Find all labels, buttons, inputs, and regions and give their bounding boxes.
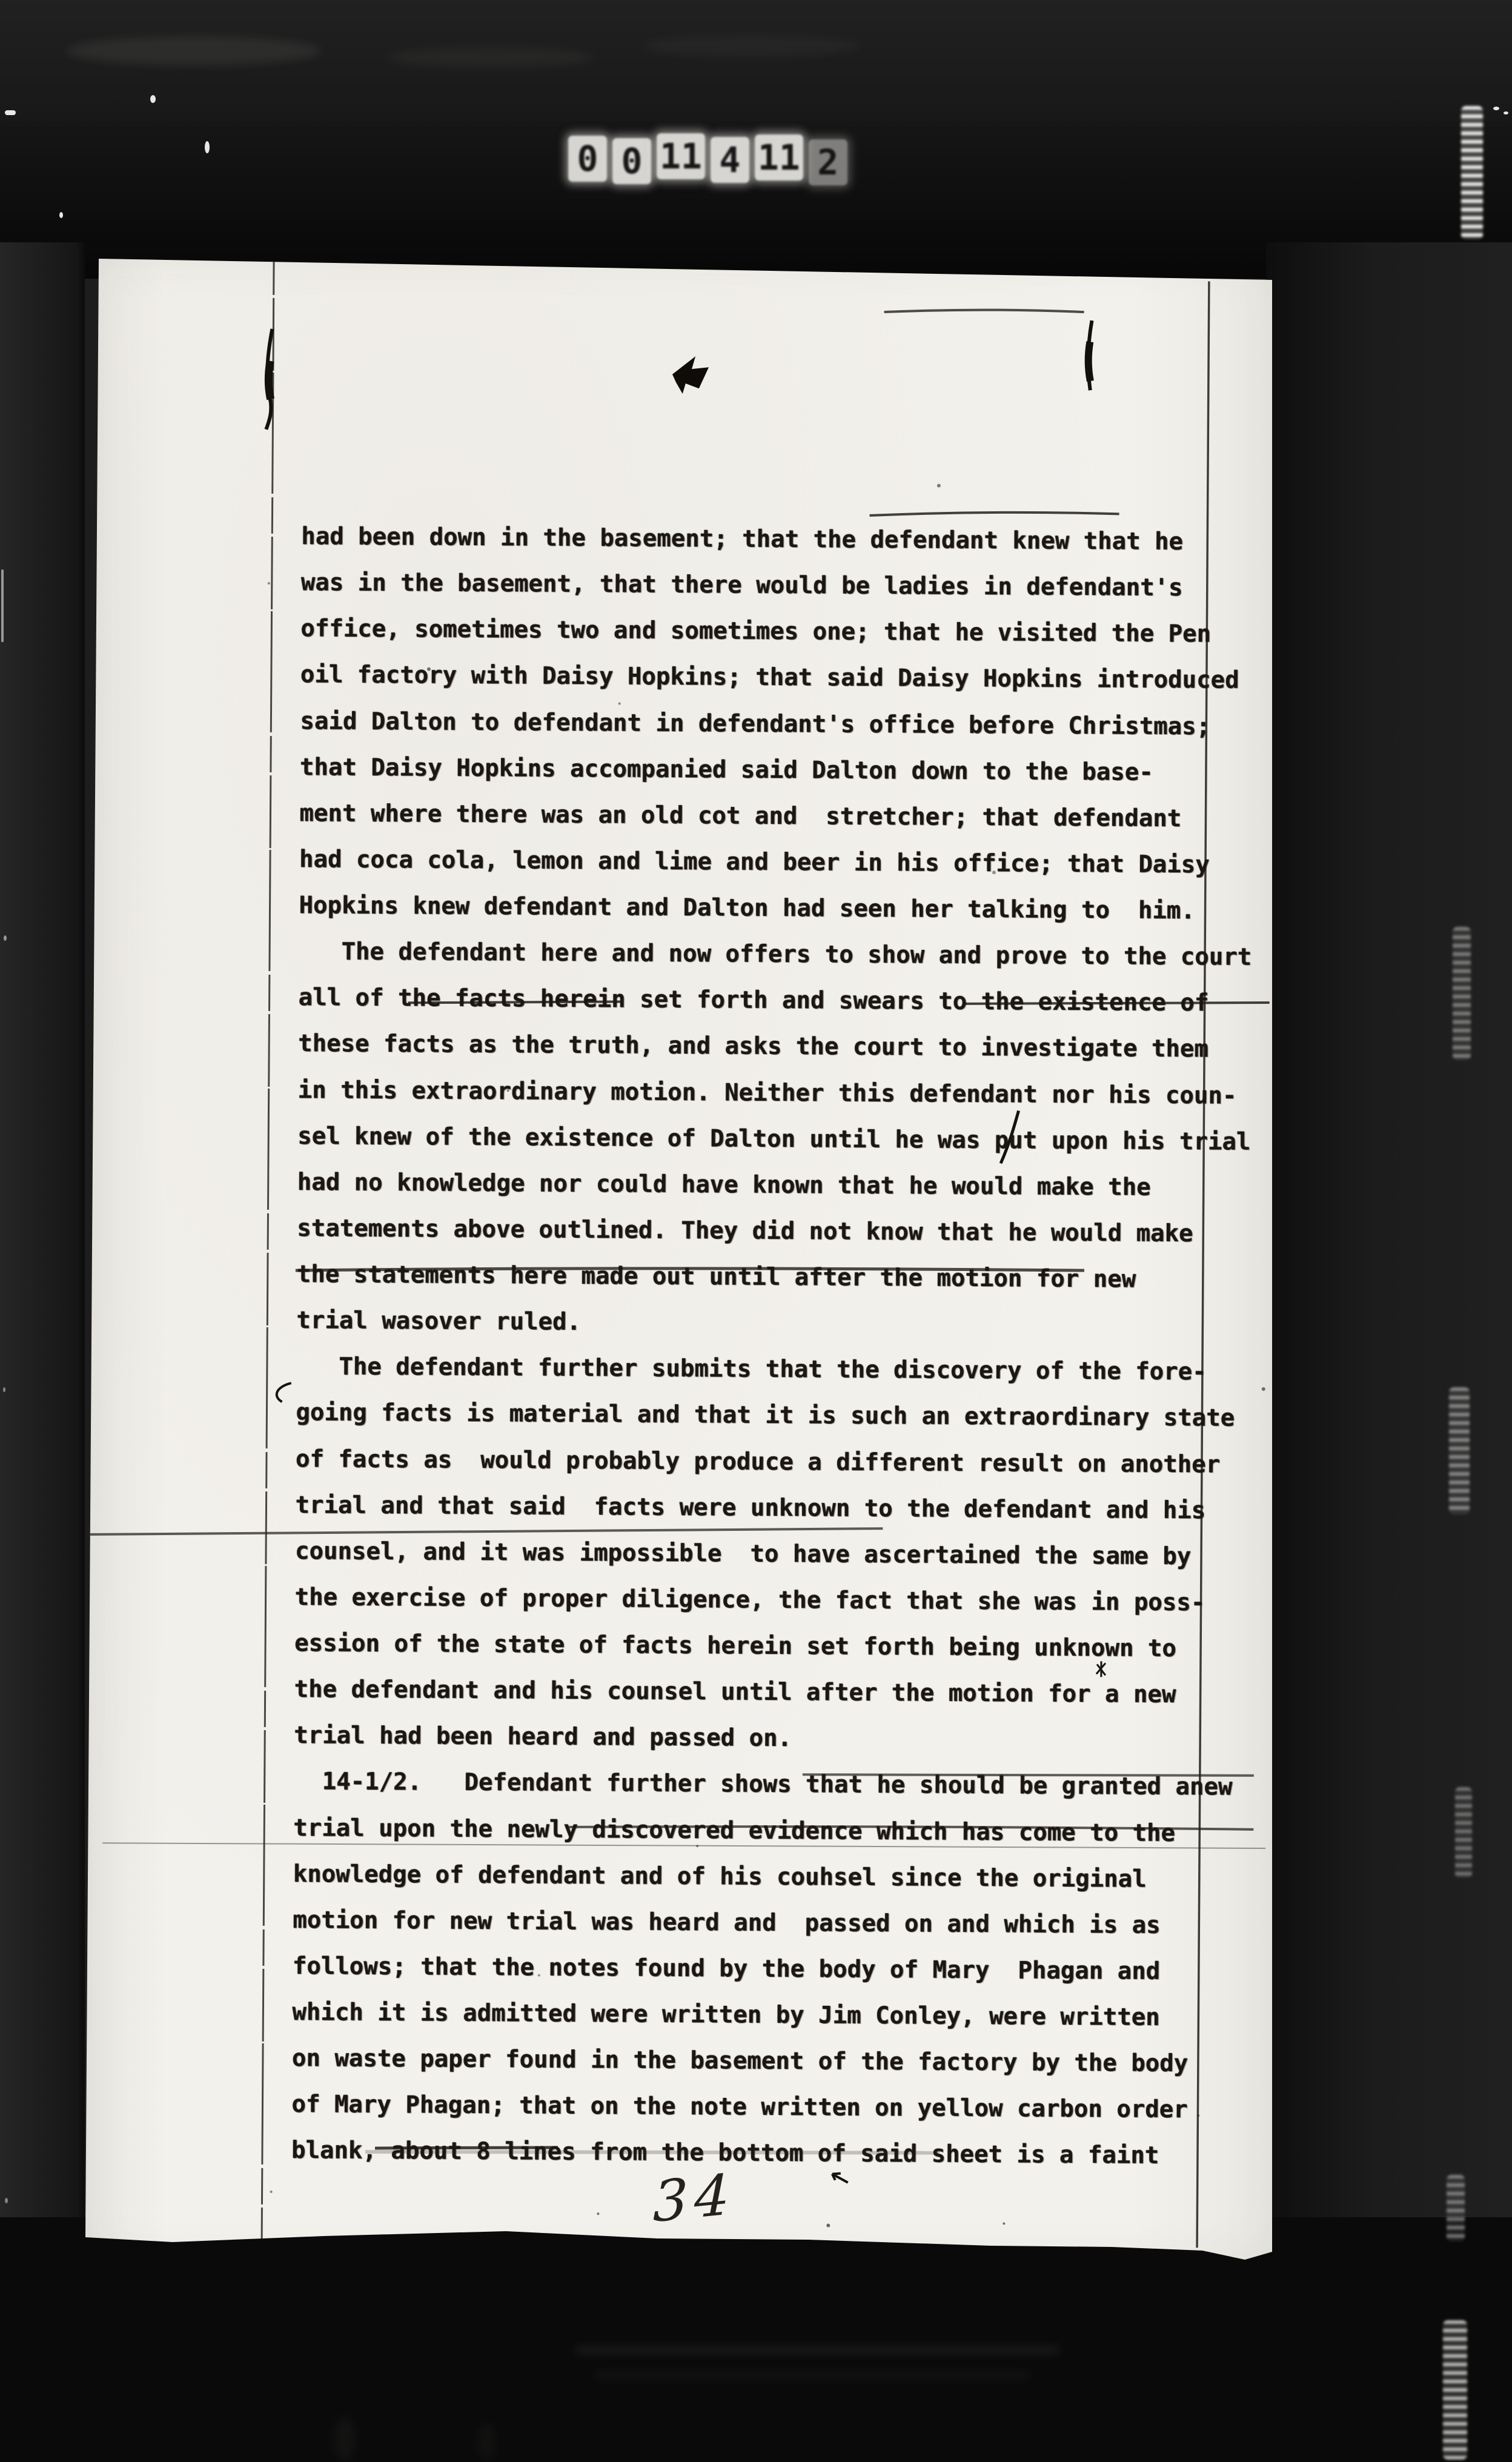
film-frame: 00114112	[0, 0, 1512, 2462]
pen-checkmark-left-bold	[268, 361, 271, 399]
text-line: these facts as the truth, and asks the c…	[298, 1021, 1291, 1073]
text-line: follows; that the notes found by the bod…	[293, 1943, 1286, 1996]
text-line: the exercise of proper diligence, the fa…	[294, 1574, 1288, 1627]
text-line: that Daisy Hopkins accompanied said Dalt…	[300, 745, 1293, 797]
margin-rule-left	[262, 259, 274, 2241]
text-line: oil factory with Daisy Hopkins; that sai…	[300, 652, 1294, 705]
text-line: all of the facts herein set forth and sw…	[298, 975, 1291, 1027]
text-line: office, sometimes two and sometimes one;…	[300, 606, 1294, 658]
text-line: motion for new trial was heard and passe…	[293, 1897, 1286, 1949]
text-line: trial wasover ruled.	[296, 1298, 1290, 1350]
text-line: which it is admitted were written by Jim…	[292, 1989, 1285, 2042]
handwritten-page-number: 34	[653, 2162, 736, 2235]
text-line: Hopkins knew defendant and Dalton had se…	[299, 883, 1292, 935]
film-background-right	[1266, 242, 1512, 2266]
text-line: blank, about 8 lines from the bottom of …	[291, 2128, 1285, 2180]
stamp-digit: 11	[657, 133, 705, 179]
text-line: going facts is material and that it is s…	[296, 1390, 1289, 1442]
text-line: the defendant and his counsel until afte…	[294, 1667, 1287, 1719]
text-line: trial upon the newly discovered evidence…	[293, 1805, 1287, 1857]
ghost-smudge	[388, 47, 594, 68]
text-line: ession of the state of facts herein set …	[294, 1621, 1288, 1673]
film-speck	[1504, 111, 1508, 114]
ghost-smudge	[477, 2423, 496, 2461]
typewritten-text: had been down in the basement; that the …	[291, 514, 1295, 2180]
text-line: of facts as would probably produce a dif…	[296, 1436, 1289, 1488]
film-speck	[3, 1387, 5, 1392]
stamp-digit: 2	[809, 139, 847, 185]
text-line: the statements here made out until after…	[297, 1252, 1290, 1304]
film-background-left	[0, 242, 85, 2266]
text-line: trial and that said facts were unknown t…	[295, 1482, 1288, 1535]
film-edge-streak	[1447, 2175, 1465, 2241]
text-line: had no knowledge nor could have known th…	[297, 1160, 1291, 1212]
ghost-smudge	[575, 2346, 1060, 2354]
text-line: statements above outlined. They did not …	[297, 1206, 1290, 1258]
stamp-digit: 0	[568, 136, 607, 182]
stray-line-top	[884, 309, 1084, 313]
text-line: of Mary Phagan; that on the note written…	[291, 2082, 1285, 2134]
stamp-digit: 4	[711, 137, 749, 183]
text-line: The defendant here and now offers to sho…	[299, 929, 1292, 981]
film-speck	[5, 2198, 8, 2203]
stamp-digit: 0	[612, 138, 651, 184]
ghost-smudge	[594, 2372, 1030, 2378]
text-line: The defendant further submits that the d…	[296, 1344, 1290, 1396]
ghost-smudge	[67, 36, 321, 65]
pen-checkmark-right-bold	[1088, 342, 1090, 381]
page-content: had been down in the basement; that the …	[76, 254, 1278, 2266]
text-line: 14-1/2. Defendant further shows that he …	[293, 1759, 1287, 1811]
ghost-smudge	[642, 35, 860, 57]
film-edge-streak	[1453, 927, 1471, 1060]
text-line: counsel, and it was impossible to have a…	[295, 1528, 1288, 1581]
text-line: on waste paper found in the basement of …	[292, 2036, 1285, 2088]
text-line: sel knew of the existence of Dalton unti…	[297, 1113, 1291, 1166]
film-background-bottom	[0, 2217, 1512, 2462]
text-line: had been down in the basement; that the …	[301, 514, 1295, 566]
ink-blot-arrow	[672, 356, 709, 394]
text-line: trial had been heard and passed on.	[294, 1713, 1287, 1765]
text-line: ment where there was an old cot and stre…	[299, 791, 1293, 843]
stamp-digit: 11	[755, 134, 803, 181]
film-speck	[59, 212, 63, 218]
film-speck	[5, 110, 16, 115]
text-line: in this extraordinary motion. Neither th…	[297, 1067, 1291, 1120]
film-edge-streak	[1443, 2320, 1467, 2460]
text-line: had coca cola, lemon and lime and beer i…	[299, 837, 1293, 889]
film-edge-streak	[1449, 1387, 1470, 1515]
text-line: said Dalton to defendant in defendant's …	[300, 698, 1293, 751]
frame-number-stamp: 00114112	[568, 133, 847, 179]
pen-paren-mark	[277, 1383, 291, 1402]
stray-line-above-first-line	[870, 511, 1119, 517]
ghost-smudge	[334, 2417, 355, 2461]
film-speck	[4, 935, 7, 941]
film-speck	[1493, 107, 1499, 110]
film-speck	[150, 95, 156, 103]
document-page: had been down in the basement; that the …	[82, 257, 1272, 2263]
text-line: was in the basement, that there would be…	[301, 560, 1295, 612]
film-edge-streak	[1455, 1787, 1472, 1878]
film-speck	[1, 569, 4, 642]
film-speck	[205, 141, 210, 153]
film-edge-streak	[1461, 106, 1483, 239]
text-line: knowledge of defendant and of his couhse…	[293, 1851, 1287, 1903]
